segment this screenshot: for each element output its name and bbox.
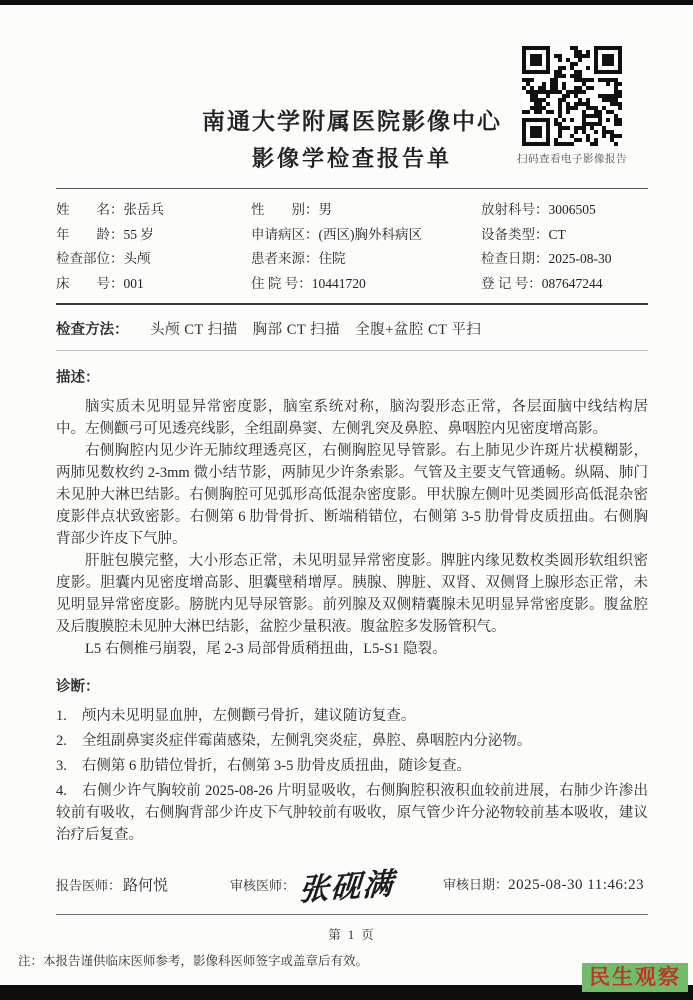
- exam-method-value: 头颅 CT 扫描 胸部 CT 扫描 全腹+盆腔 CT 平扫: [150, 322, 481, 338]
- field-admission-no: 住 院 号：10441720: [251, 272, 481, 297]
- diagnosis-item: 1.颅内未见明显血肿，左侧颧弓骨折，建议随访复查。: [56, 705, 648, 727]
- field-radiology-no: 放射科号：3006505: [481, 198, 648, 223]
- report-title: 影像学检查报告单: [56, 142, 648, 173]
- field-device-type: 设备类型：CT: [481, 223, 648, 248]
- description-heading: 描述：: [56, 366, 648, 387]
- report-doctor: 报告医师：路何悦: [56, 874, 168, 895]
- diagnosis-item: 2.全组副鼻窦炎症伴霉菌感染，左侧乳突炎症，鼻腔、鼻咽腔内分泌物。: [56, 730, 648, 752]
- report-page: 扫码查看电子影像报告 南通大学附属医院影像中心 影像学检查报告单 姓 名：张岳兵…: [0, 0, 693, 1000]
- description-paragraph: 肝脏包膜完整，大小形态正常，未见明显异常密度影。脾脏内缘见数枚类圆形软组织密度影…: [56, 550, 648, 638]
- field-bed-no: 床 号：001: [56, 272, 251, 297]
- exam-method: 检查方法： 头颅 CT 扫描 胸部 CT 扫描 全腹+盆腔 CT 平扫: [56, 318, 648, 339]
- watermark-badge: 民生观察: [582, 963, 688, 992]
- diagnosis-heading: 诊断：: [56, 675, 648, 696]
- exam-method-label: 检查方法：: [56, 322, 129, 338]
- description-paragraph: 右侧胸腔内见少许无肺纹理透亮区，右侧胸腔见导管影。右上肺见少许斑片状模糊影，两肺…: [56, 440, 648, 550]
- field-name: 姓 名：张岳兵: [56, 198, 251, 223]
- description-body: 脑实质未见明显异常密度影，脑室系统对称，脑沟裂形态正常，各层面脑中线结构居中。左…: [56, 396, 648, 660]
- footer-note: 注：本报告谨供临床医师参考，影像科医师签字或盖章后有效。: [18, 951, 648, 969]
- divider-header: [56, 188, 648, 189]
- field-exam-date: 检查日期：2025-08-30: [481, 247, 648, 272]
- reviewer-signature: 张砚满: [298, 858, 397, 909]
- diagnosis-item: 4.右侧少许气胸较前 2025-08-26 片明显吸收，右侧胸腔积液积血较前进展…: [56, 780, 648, 846]
- field-registration-no: 登 记 号：087647244: [481, 272, 648, 297]
- diagnosis-item: 3.右侧第 6 肋错位骨折，右侧第 3-5 肋骨皮质扭曲，随诊复查。: [56, 755, 648, 777]
- divider-patient: [56, 303, 648, 305]
- review-doctor: 审核医师： 张砚满: [230, 862, 395, 906]
- field-patient-source: 患者来源：住院: [251, 247, 481, 272]
- review-date: 审核日期：2025-08-30 11:46:23: [443, 874, 644, 894]
- field-sex: 性 别：男: [251, 198, 481, 223]
- field-exam-part: 检查部位：头颅: [56, 247, 251, 272]
- description-paragraph: L5 右侧椎弓崩裂，尾 2-3 局部骨质稍扭曲，L5-S1 隐裂。: [56, 638, 648, 660]
- hospital-title: 南通大学附属医院影像中心: [56, 0, 648, 136]
- diagnosis-body: 1.颅内未见明显血肿，左侧颧弓骨折，建议随访复查。 2.全组副鼻窦炎症伴霉菌感染…: [56, 705, 648, 846]
- page-indicator: 第 1 页: [56, 925, 648, 943]
- signature-row: 报告医师：路何悦 审核医师： 张砚满 审核日期：2025-08-30 11:46…: [56, 860, 648, 908]
- field-ward: 申请病区：(西区)胸外科病区: [251, 223, 481, 248]
- divider-footer: [56, 914, 648, 915]
- field-age: 年 龄：55 岁: [56, 223, 251, 248]
- description-paragraph: 脑实质未见明显异常密度影，脑室系统对称，脑沟裂形态正常，各层面脑中线结构居中。左…: [56, 396, 648, 440]
- patient-info: 姓 名：张岳兵 性 别：男 放射科号：3006505 年 龄：55 岁 申请病区…: [56, 198, 648, 296]
- divider-method: [56, 350, 648, 351]
